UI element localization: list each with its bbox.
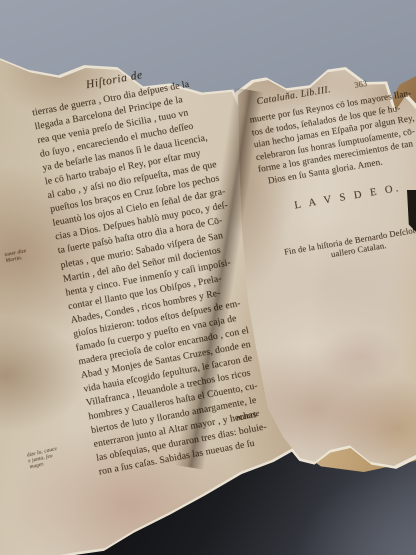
laus-deo-colophon: L A V S D E O. — [294, 177, 416, 211]
photo-scene: Hiſtoria de tierras de guerra , Otro dia… — [0, 0, 416, 555]
page-number: 363 — [354, 79, 368, 90]
right-page-text: Cataluña. Lib.III. 363 muerte por ſus Re… — [246, 70, 416, 270]
